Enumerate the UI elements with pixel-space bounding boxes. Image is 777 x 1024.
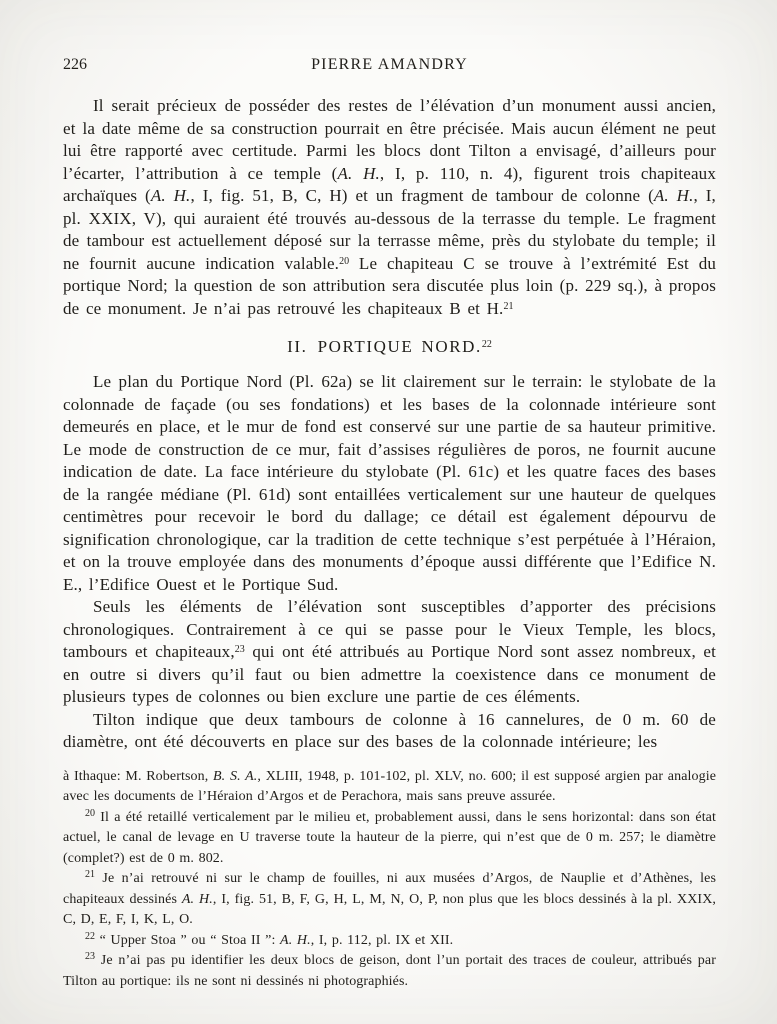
footnote: 20 Il a été retaillé verticalement par l… xyxy=(63,808,716,870)
text-run: , I, fig. 51, B, C, H) et un fragment de… xyxy=(190,186,653,205)
text-run: Le plan du Portique Nord (Pl. 62a) se li… xyxy=(63,372,716,594)
page-number: 226 xyxy=(63,56,87,74)
italic-text: A. H. xyxy=(280,933,311,948)
paragraph: Tilton indique que deux tambours de colo… xyxy=(63,709,716,754)
text-run: Il a été retaillé verticalement par le m… xyxy=(63,810,716,866)
footnote-ref: 23 xyxy=(235,644,245,655)
italic-text: A. H. xyxy=(337,164,379,183)
paragraph: Seuls les éléments de l’élévation sont s… xyxy=(63,596,716,709)
footnote: 22 “ Upper Stoa ” ou “ Stoa II ”: A. H.,… xyxy=(63,931,716,952)
paragraph: Il serait précieux de posséder des reste… xyxy=(63,95,716,320)
text-run: II. PORTIQUE NORD. xyxy=(287,337,482,356)
text-run: , I, p. 112, pl. IX et XII. xyxy=(311,933,454,948)
footnote-continuation: à Ithaque: M. Robertson, B. S. A., XLIII… xyxy=(63,767,716,808)
text-run: Tilton indique que deux tambours de colo… xyxy=(63,710,716,752)
footnote: 23 Je n’ai pas pu identifier les deux bl… xyxy=(63,951,716,992)
page-header: 226 PIERRE AMANDRY xyxy=(63,56,716,76)
footnote-ref: 22 xyxy=(482,339,492,350)
text-run: “ Upper Stoa ” ou “ Stoa II ”: xyxy=(95,933,280,948)
footnote-ref: 21 xyxy=(85,869,95,880)
italic-text: B. S. A. xyxy=(213,769,257,784)
paragraph: Le plan du Portique Nord (Pl. 62a) se li… xyxy=(63,371,716,596)
main-text: Il serait précieux de posséder des reste… xyxy=(63,95,716,754)
scanned-page: 226 PIERRE AMANDRY Il serait précieux de… xyxy=(0,0,777,1024)
footnote-ref: 21 xyxy=(503,301,513,312)
footnote-ref: 20 xyxy=(339,256,349,267)
footnote-ref: 23 xyxy=(85,951,95,962)
text-run: à Ithaque: M. Robertson, xyxy=(63,769,213,784)
italic-text: A. H. xyxy=(151,186,191,205)
italic-text: A. H. xyxy=(182,892,213,907)
section-heading: II. PORTIQUE NORD.22 xyxy=(63,335,716,359)
running-head: PIERRE AMANDRY xyxy=(63,56,716,74)
footnote-ref: 20 xyxy=(85,808,95,819)
footnotes: à Ithaque: M. Robertson, B. S. A., XLIII… xyxy=(63,767,716,993)
italic-text: A. H. xyxy=(654,186,694,205)
footnote-ref: 22 xyxy=(85,931,95,942)
text-run: Je n’ai pas pu identifier les deux blocs… xyxy=(63,953,716,989)
footnote: 21 Je n’ai retrouvé ni sur le champ de f… xyxy=(63,869,716,931)
